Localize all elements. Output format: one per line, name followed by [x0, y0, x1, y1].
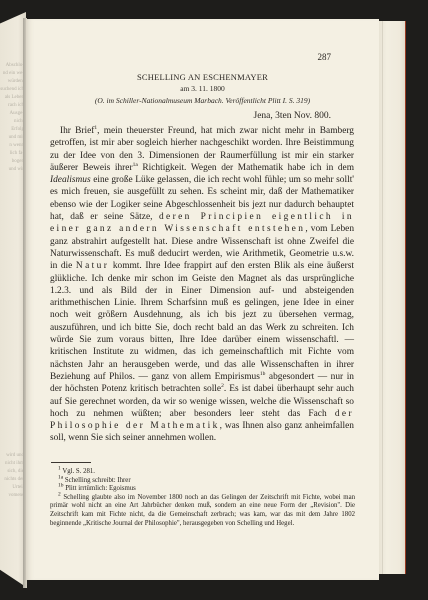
footnote-divider [51, 462, 91, 463]
page-edge-line [382, 21, 383, 574]
letter-place-date: Jena, 3ten Nov. 800. [254, 111, 331, 121]
page-number: 287 [318, 52, 332, 62]
book-page: 287 SCHELLING AN ESCHENMAYER am 3. 11. 1… [26, 19, 379, 580]
footnote-item: 1 Vgl. S. 281. [50, 468, 355, 477]
footnote-item: 1a Schelling schreibt: Ihrer [50, 477, 355, 486]
letter-body: Ihr Brief1, mein theuerster Freund, hat … [50, 125, 354, 445]
spaced-emphasis: Natur [76, 261, 109, 271]
footnote-item: 2 Schelling glaubte also im November 180… [50, 494, 355, 528]
footnotes: 1 Vgl. S. 281. 1a Schelling schreibt: Ih… [50, 468, 355, 528]
body-paragraph: Ihr Brief1, mein theuerster Freund, hat … [50, 125, 354, 445]
letter-date: am 3. 11. 1800 [26, 84, 379, 93]
previous-page-faded-text: Abschlo- nd ein we- würden, suchend ich … [0, 62, 24, 174]
previous-page-faded-text: wird und nicht ihm sich, die nichts der … [4, 452, 24, 500]
emphasis-idealismus: Idealismus [50, 175, 91, 185]
page-stack-edge [379, 21, 406, 574]
letter-title: SCHELLING AN ESCHENMAYER [26, 72, 379, 82]
footnote-item: 1b Plitt irrtümlich: Egoismus [50, 485, 355, 494]
letter-source-note: (O. im Schiller-Nationalmuseum Marbach. … [26, 96, 379, 105]
